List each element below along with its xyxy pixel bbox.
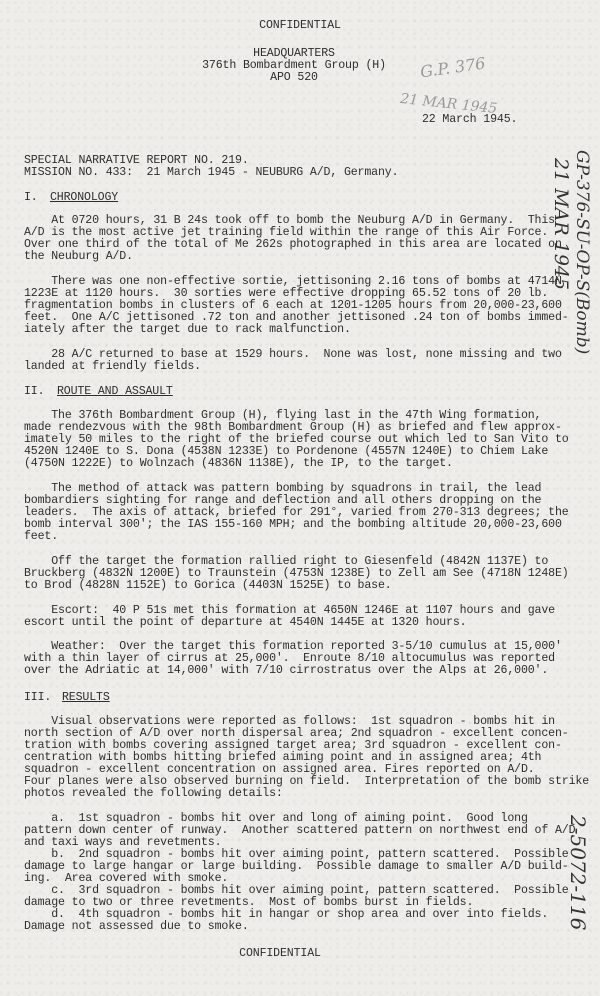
handwritten-file-date: 21 MAR 1945 — [550, 158, 572, 290]
section-number-2: II. — [24, 386, 44, 398]
text-line: to Brod (4828N 1152E) to Gorica (4403N 1… — [24, 580, 392, 592]
text-line: photos revealed the following details: — [24, 788, 283, 800]
text-line: (4750N 1222E) to Wolnzach (4836N 1138E),… — [24, 458, 453, 470]
document-page: CONFIDENTIAL HEADQUARTERS 376th Bombardm… — [0, 0, 600, 996]
mission-line: MISSION NO. 433: 21 March 1945 - NEUBURG… — [24, 167, 398, 179]
section-heading-route-assault: ROUTE AND ASSAULT — [57, 386, 173, 398]
text-line: bomb interval 300'; the IAS 155-160 MPH;… — [24, 519, 562, 531]
text-line: escort until the point of departure at 4… — [24, 617, 466, 629]
classification-bottom: CONFIDENTIAL — [0, 948, 580, 960]
handwritten-document-number: 2-5072-116 — [566, 815, 590, 930]
section-heading-results: RESULTS — [62, 692, 110, 704]
section-number-1: I. — [24, 192, 38, 204]
text-line: over the Adriatic at 14,000' with 7/10 c… — [24, 665, 548, 677]
report-date: 22 March 1945. — [422, 114, 517, 126]
text-line: Damage not assessed due to smoke. — [24, 921, 249, 933]
text-line: the Neuburg A/D. — [24, 251, 133, 263]
classification-top: CONFIDENTIAL — [0, 20, 600, 32]
section-number-3: III. — [24, 692, 51, 704]
handwritten-file-reference: GP-376-SU-OP-S(Bomb) — [572, 150, 592, 354]
apo-number: APO 520 — [0, 72, 594, 84]
text-line: iately after the target due to rack malf… — [24, 324, 351, 336]
section-heading-chronology: CHRONOLOGY — [50, 192, 118, 204]
text-line: feet. — [24, 531, 58, 543]
text-line: landed at friendly fields. — [24, 361, 201, 373]
